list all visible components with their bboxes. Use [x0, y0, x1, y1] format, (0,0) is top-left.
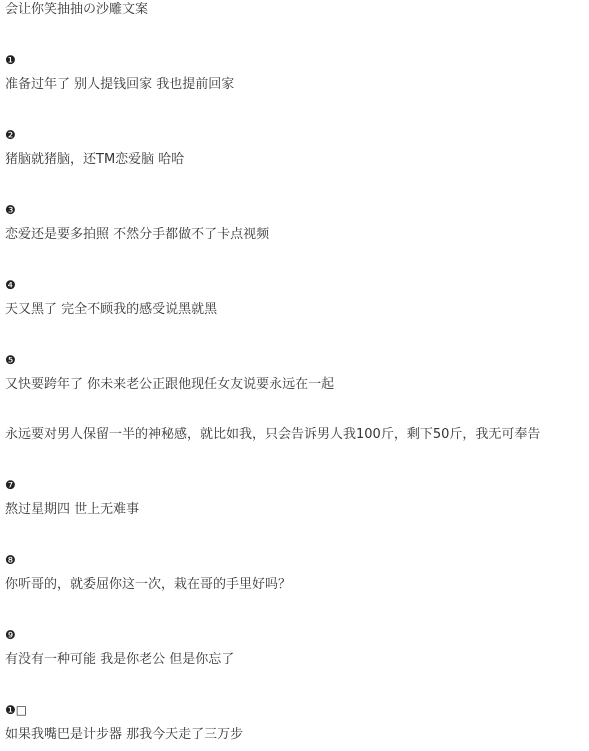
item-text-2: 猪脑就猪脑，还TM恋爱脑 哈哈 [5, 151, 184, 169]
item-text-10: 如果我嘴巴是计步器 那我今天走了三万步 [5, 726, 243, 744]
item-text-9: 有没有一种可能 我是你老公 但是你忘了 [5, 651, 234, 669]
item-number-2: ❷ [5, 128, 16, 142]
item-text-1: 准备过年了 别人提钱回家 我也提前回家 [5, 76, 234, 94]
item-text-7: 熬过星期四 世上无难事 [5, 501, 139, 519]
item-number-10: ❶□ [5, 703, 27, 717]
item-text-3: 恋爱还是要多拍照 不然分手都做不了卡点视频 [5, 226, 269, 244]
article-title: 会让你笑抽抽の沙雕文案 [5, 1, 148, 19]
item-text-5: 又快要跨年了 你未来老公正跟他现任女友说要永远在一起 [5, 376, 334, 394]
item-number-9: ❾ [5, 628, 16, 642]
item-text-6: 永远要对男人保留一半的神秘感，就比如我，只会告诉男人我100斤，剩下50斤，我无… [5, 426, 540, 444]
item-text-4: 天又黑了 完全不顾我的感受说黑就黑 [5, 301, 217, 319]
item-number-5: ❺ [5, 353, 16, 367]
item-number-3: ❸ [5, 203, 16, 217]
item-text-8: 你听哥的，就委屈你这一次，栽在哥的手里好吗？ [5, 576, 291, 594]
item-number-8: ❽ [5, 553, 16, 567]
item-number-1: ❶ [5, 53, 16, 67]
item-number-7: ❼ [5, 478, 16, 492]
item-number-4: ❹ [5, 278, 16, 292]
